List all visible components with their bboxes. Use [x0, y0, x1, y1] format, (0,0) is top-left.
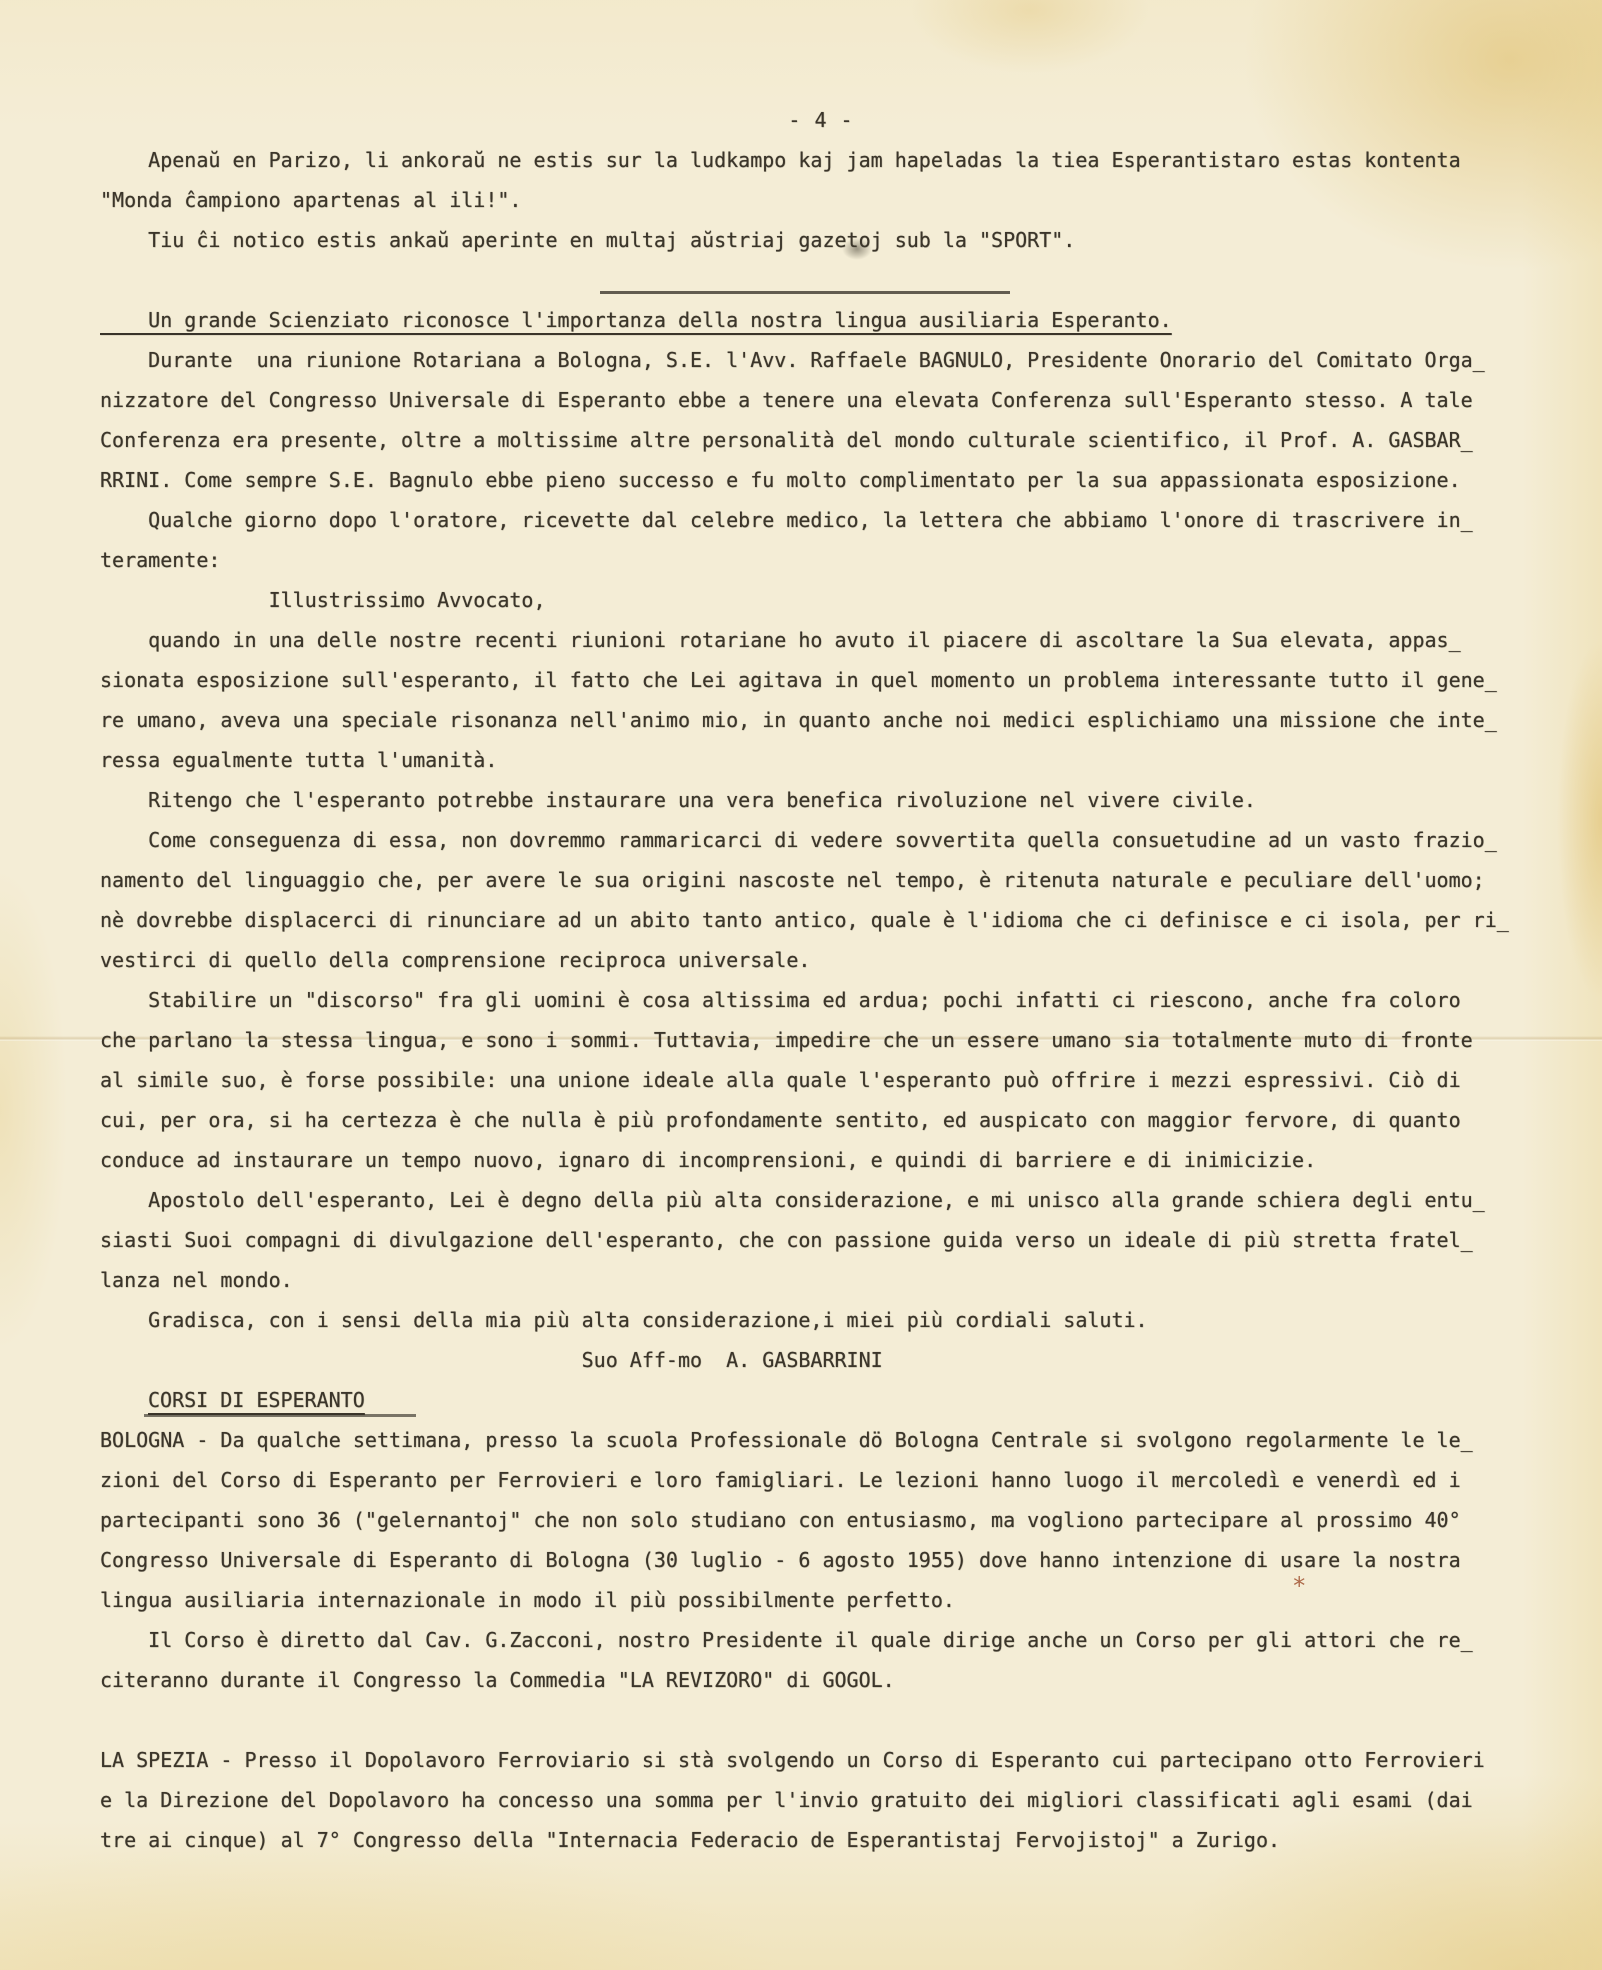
text-line: tre ai cinque) al 7° Congresso della "In…	[100, 1820, 1542, 1860]
text-line: Conferenza era presente, oltre a moltiss…	[100, 420, 1542, 460]
text-line: al simile suo, è forse possibile: una un…	[100, 1060, 1542, 1100]
text-line: nè dovrebbe displacerci di rinunciare ad…	[100, 900, 1542, 940]
text-line: quando in una delle nostre recenti riuni…	[100, 620, 1542, 660]
section-heading: Un grande Scienziato riconosce l'importa…	[100, 300, 1542, 340]
text-line: Ritengo che l'esperanto potrebbe instaur…	[100, 780, 1542, 820]
document-body: - 4 - Apenaŭ en Parizo, li ankoraŭ ne es…	[100, 100, 1542, 1860]
blank-line	[100, 260, 1542, 300]
text-line: Il Corso è diretto dal Cav. G.Zacconi, n…	[100, 1620, 1542, 1660]
text-line: che parlano la stessa lingua, e sono i s…	[100, 1020, 1542, 1060]
section-heading: CORSI DI ESPERANTO	[100, 1380, 1542, 1420]
page-number: - 4 -	[100, 100, 1542, 140]
text-line: LA SPEZIA - Presso il Dopolavoro Ferrovi…	[100, 1740, 1542, 1780]
blank-line	[100, 1700, 1542, 1740]
text-line: Durante una riunione Rotariana a Bologna…	[100, 340, 1542, 380]
text-line: siasti Suoi compagni di divulgazione del…	[100, 1220, 1542, 1260]
text-line: Stabilire un "discorso" fra gli uomini è…	[100, 980, 1542, 1020]
text-line: vestirci di quello della comprensione re…	[100, 940, 1542, 980]
text-line: Tiu ĉi notico estis ankaŭ aperinte en mu…	[100, 220, 1542, 260]
text-line: Qualche giorno dopo l'oratore, ricevette…	[100, 500, 1542, 540]
text-line: lanza nel mondo.	[100, 1260, 1542, 1300]
text-line: citeranno durante il Congresso la Commed…	[100, 1660, 1542, 1700]
text-line: "Monda ĉampiono apartenas al ili!".	[100, 180, 1542, 220]
signature-line: Suo Aff-mo A. GASBARRINI	[100, 1340, 1542, 1380]
text-line: lingua ausiliaria internazionale in modo…	[100, 1580, 1542, 1620]
text-line: Congresso Universale di Esperanto di Bol…	[100, 1540, 1542, 1580]
text-line: BOLOGNA - Da qualche settimana, presso l…	[100, 1420, 1542, 1460]
text-line: conduce ad instaurare un tempo nuovo, ig…	[100, 1140, 1542, 1180]
text-line: Illustrissimo Avvocato,	[100, 580, 1542, 620]
text-line: RRINI. Come sempre S.E. Bagnulo ebbe pie…	[100, 460, 1542, 500]
text-line: teramente:	[100, 540, 1542, 580]
text-line: namento del linguaggio che, per avere le…	[100, 860, 1542, 900]
text-line: Apostolo dell'esperanto, Lei è degno del…	[100, 1180, 1542, 1220]
text-line: ressa egualmente tutta l'umanità.	[100, 740, 1542, 780]
text-line: Gradisca, con i sensi della mia più alta…	[100, 1300, 1542, 1340]
text-line: zioni del Corso di Esperanto per Ferrovi…	[100, 1460, 1542, 1500]
text-line: Apenaŭ en Parizo, li ankoraŭ ne estis su…	[100, 140, 1542, 180]
text-line: Come conseguenza di essa, non dovremmo r…	[100, 820, 1542, 860]
text-line: cui, per ora, si ha certezza è che nulla…	[100, 1100, 1542, 1140]
text-line: re umano, aveva una speciale risonanza n…	[100, 700, 1542, 740]
text-line: e la Direzione del Dopolavoro ha concess…	[100, 1780, 1542, 1820]
text-line: sionata esposizione sull'esperanto, il f…	[100, 660, 1542, 700]
text-line: nizzatore del Congresso Universale di Es…	[100, 380, 1542, 420]
text-line: partecipanti sono 36 ("gelernantoj" che …	[100, 1500, 1542, 1540]
document-page: * - 4 - Apenaŭ en Parizo, li ankoraŭ ne …	[0, 0, 1602, 1970]
